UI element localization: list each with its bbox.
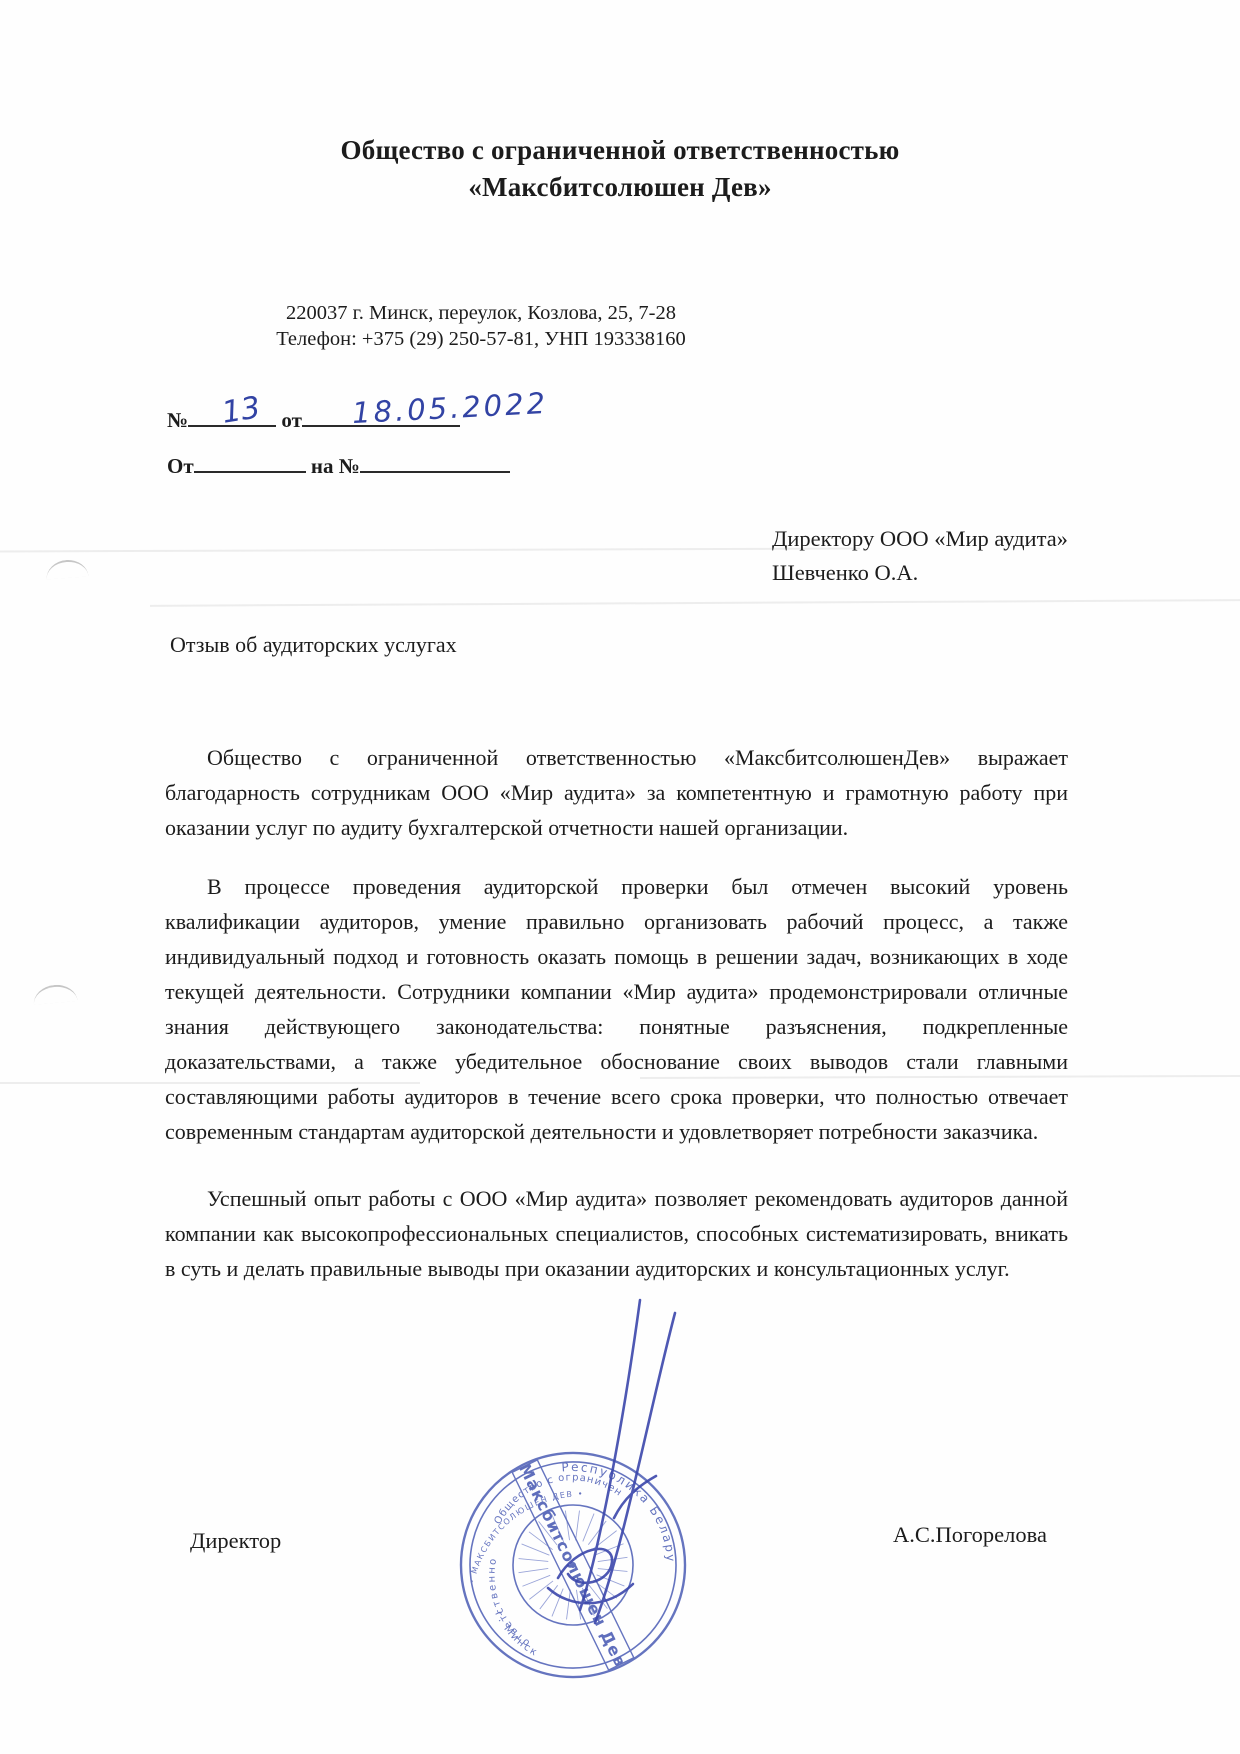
scan-artifact-curve xyxy=(45,559,88,580)
recipient-title: Директору ООО «Мир аудита» xyxy=(772,522,1068,556)
paragraph-2: В процессе проведения аудиторской провер… xyxy=(165,869,1068,1149)
paragraph-1: Общество с ограниченной ответственностью… xyxy=(165,740,1068,845)
recipient-name: Шевченко О.А. xyxy=(772,556,1068,590)
scanned-letter-page: Общество с ограниченной ответственностью… xyxy=(0,0,1240,1754)
stamp-ring-text-bottom: г. Минск xyxy=(492,1605,542,1664)
stamp-ring-text-upper: Общество с ограниченной xyxy=(428,1278,627,1538)
org-address: 220037 г. Минск, переулок, Козлова, 25, … xyxy=(0,300,962,326)
reference-number-line: № от 13 18.05.2022 xyxy=(167,405,767,451)
reference-from-line: От на № xyxy=(167,451,767,497)
letterhead-contacts: 220037 г. Минск, переулок, Козлова, 25, … xyxy=(0,300,962,352)
handwritten-date: 18.05.2022 xyxy=(351,386,549,430)
paragraph-3: Успешный опыт работы с ООО «Мир аудита» … xyxy=(165,1181,1068,1286)
on-number-label: на № xyxy=(311,454,360,478)
company-stamp: • МАКСБИТСОЛЮШЕН ДЕВ • Республика Белару… xyxy=(428,1278,768,1724)
from-blank-line xyxy=(194,451,306,473)
letter-body: Общество с ограниченной ответственностью… xyxy=(165,740,1068,1310)
date-label: от xyxy=(281,408,302,432)
scan-artifact-curve xyxy=(32,983,77,1005)
letterhead: Общество с ограниченной ответственностью… xyxy=(0,132,1240,206)
recipient-block: Директору ООО «Мир аудита» Шевченко О.А. xyxy=(772,522,1068,590)
signer-position: Директор xyxy=(190,1528,281,1554)
stamp-svg: • МАКСБИТСОЛЮШЕН ДЕВ • Республика Белару… xyxy=(428,1278,768,1724)
org-phone-unp: Телефон: +375 (29) 250-57-81, УНП 193338… xyxy=(0,326,962,352)
scan-artifact-streak xyxy=(0,547,860,552)
stamp-body: • МАКСБИТСОЛЮШЕН ДЕВ • Республика Белару… xyxy=(428,1278,699,1697)
from-label: От xyxy=(167,454,194,478)
handwritten-number: 13 xyxy=(219,390,262,431)
scan-artifact-streak xyxy=(150,599,1240,607)
subject-line: Отзыв об аудиторских услугах xyxy=(170,632,457,658)
org-name-line2: «Максбитсолюшен Дев» xyxy=(0,169,1240,206)
on-number-blank-line xyxy=(360,451,510,473)
number-label: № xyxy=(167,408,188,432)
signer-name: А.С.Погорелова xyxy=(893,1522,1047,1548)
reference-block: № от 13 18.05.2022 От на № xyxy=(167,405,767,497)
stamp-ring-text-right: Республика Беларусь xyxy=(428,1278,679,1598)
org-name-line1: Общество с ограниченной ответственностью xyxy=(0,132,1240,169)
